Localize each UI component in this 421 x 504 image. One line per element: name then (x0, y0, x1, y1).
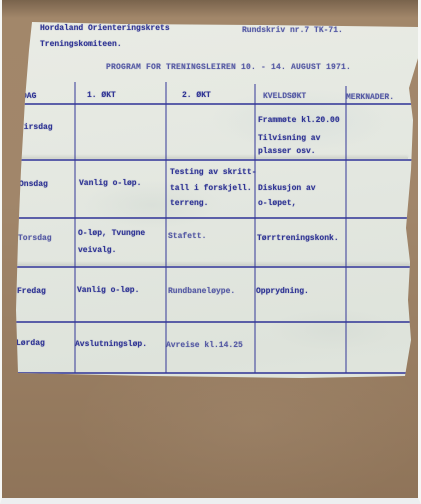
cell-line: terreng. (170, 199, 208, 209)
cell-line: Stafett. (168, 232, 206, 242)
cell-line: Avslutningsløp. (75, 340, 147, 350)
top-shadow (2, 0, 418, 20)
day-label: Torsdag (18, 234, 52, 244)
day-label: Lørdag (16, 339, 45, 349)
table-row-line (16, 266, 412, 268)
circular-reference: Rundskriv nr.7 TK-71. (242, 26, 343, 36)
column-header-merknader: MERKNADER. (346, 93, 394, 103)
table-row-line (16, 321, 410, 323)
cell-line: Testing av skritt- (170, 168, 256, 178)
day-label: Tirsdag (19, 123, 53, 133)
table-row-line (16, 217, 413, 219)
cell-line: Frammøte kl.20.00 (258, 116, 340, 126)
table-column-line (74, 82, 76, 373)
table-row-line (16, 103, 414, 105)
table-column-line (345, 86, 347, 373)
table-column-line (165, 82, 167, 373)
cell-line: Tørrtreningskonk. (257, 234, 339, 244)
cell-line: Vanlig o-løp. (79, 179, 141, 189)
letterhead-org-line1: Hordaland Orienteringskrets (40, 24, 170, 34)
cell-line: plasser osv. (258, 147, 316, 157)
cell-line: Rundbaneløype. (168, 287, 235, 297)
cell-line: Vanlig o-løp. (77, 286, 139, 296)
cell-line: veivalg. (78, 246, 116, 256)
table-row-line (16, 159, 414, 161)
column-header-kveldsokt: KVELDSØKT (263, 92, 306, 102)
day-label: Fredag (17, 287, 46, 297)
letterhead-org-line2: Treningskomiteen. (40, 40, 122, 50)
cell-line: Diskusjon av (258, 184, 316, 194)
cell-line: o-løpet, (258, 199, 296, 209)
cell-line: Tilvisning av (258, 134, 320, 144)
scanned-document-photo: Hordaland Orienteringskrets Treningskomi… (0, 0, 421, 504)
table-row-line (18, 372, 408, 374)
cell-line: Opprydning. (256, 287, 309, 297)
table-column-line (254, 84, 256, 373)
column-header-okt1: 1. ØKT (87, 91, 116, 101)
day-label: Onsdag (19, 180, 48, 190)
cell-line: O-løp, Tvungne (78, 229, 145, 239)
cell-line: Avreise kl.14.25 (166, 341, 243, 351)
column-header-okt2: 2. ØKT (182, 91, 211, 101)
cell-line: tall i forskjell. (170, 184, 252, 194)
document-title: PROGRAM FOR TRENINGSLEIREN 10. - 14. AUG… (106, 63, 351, 73)
